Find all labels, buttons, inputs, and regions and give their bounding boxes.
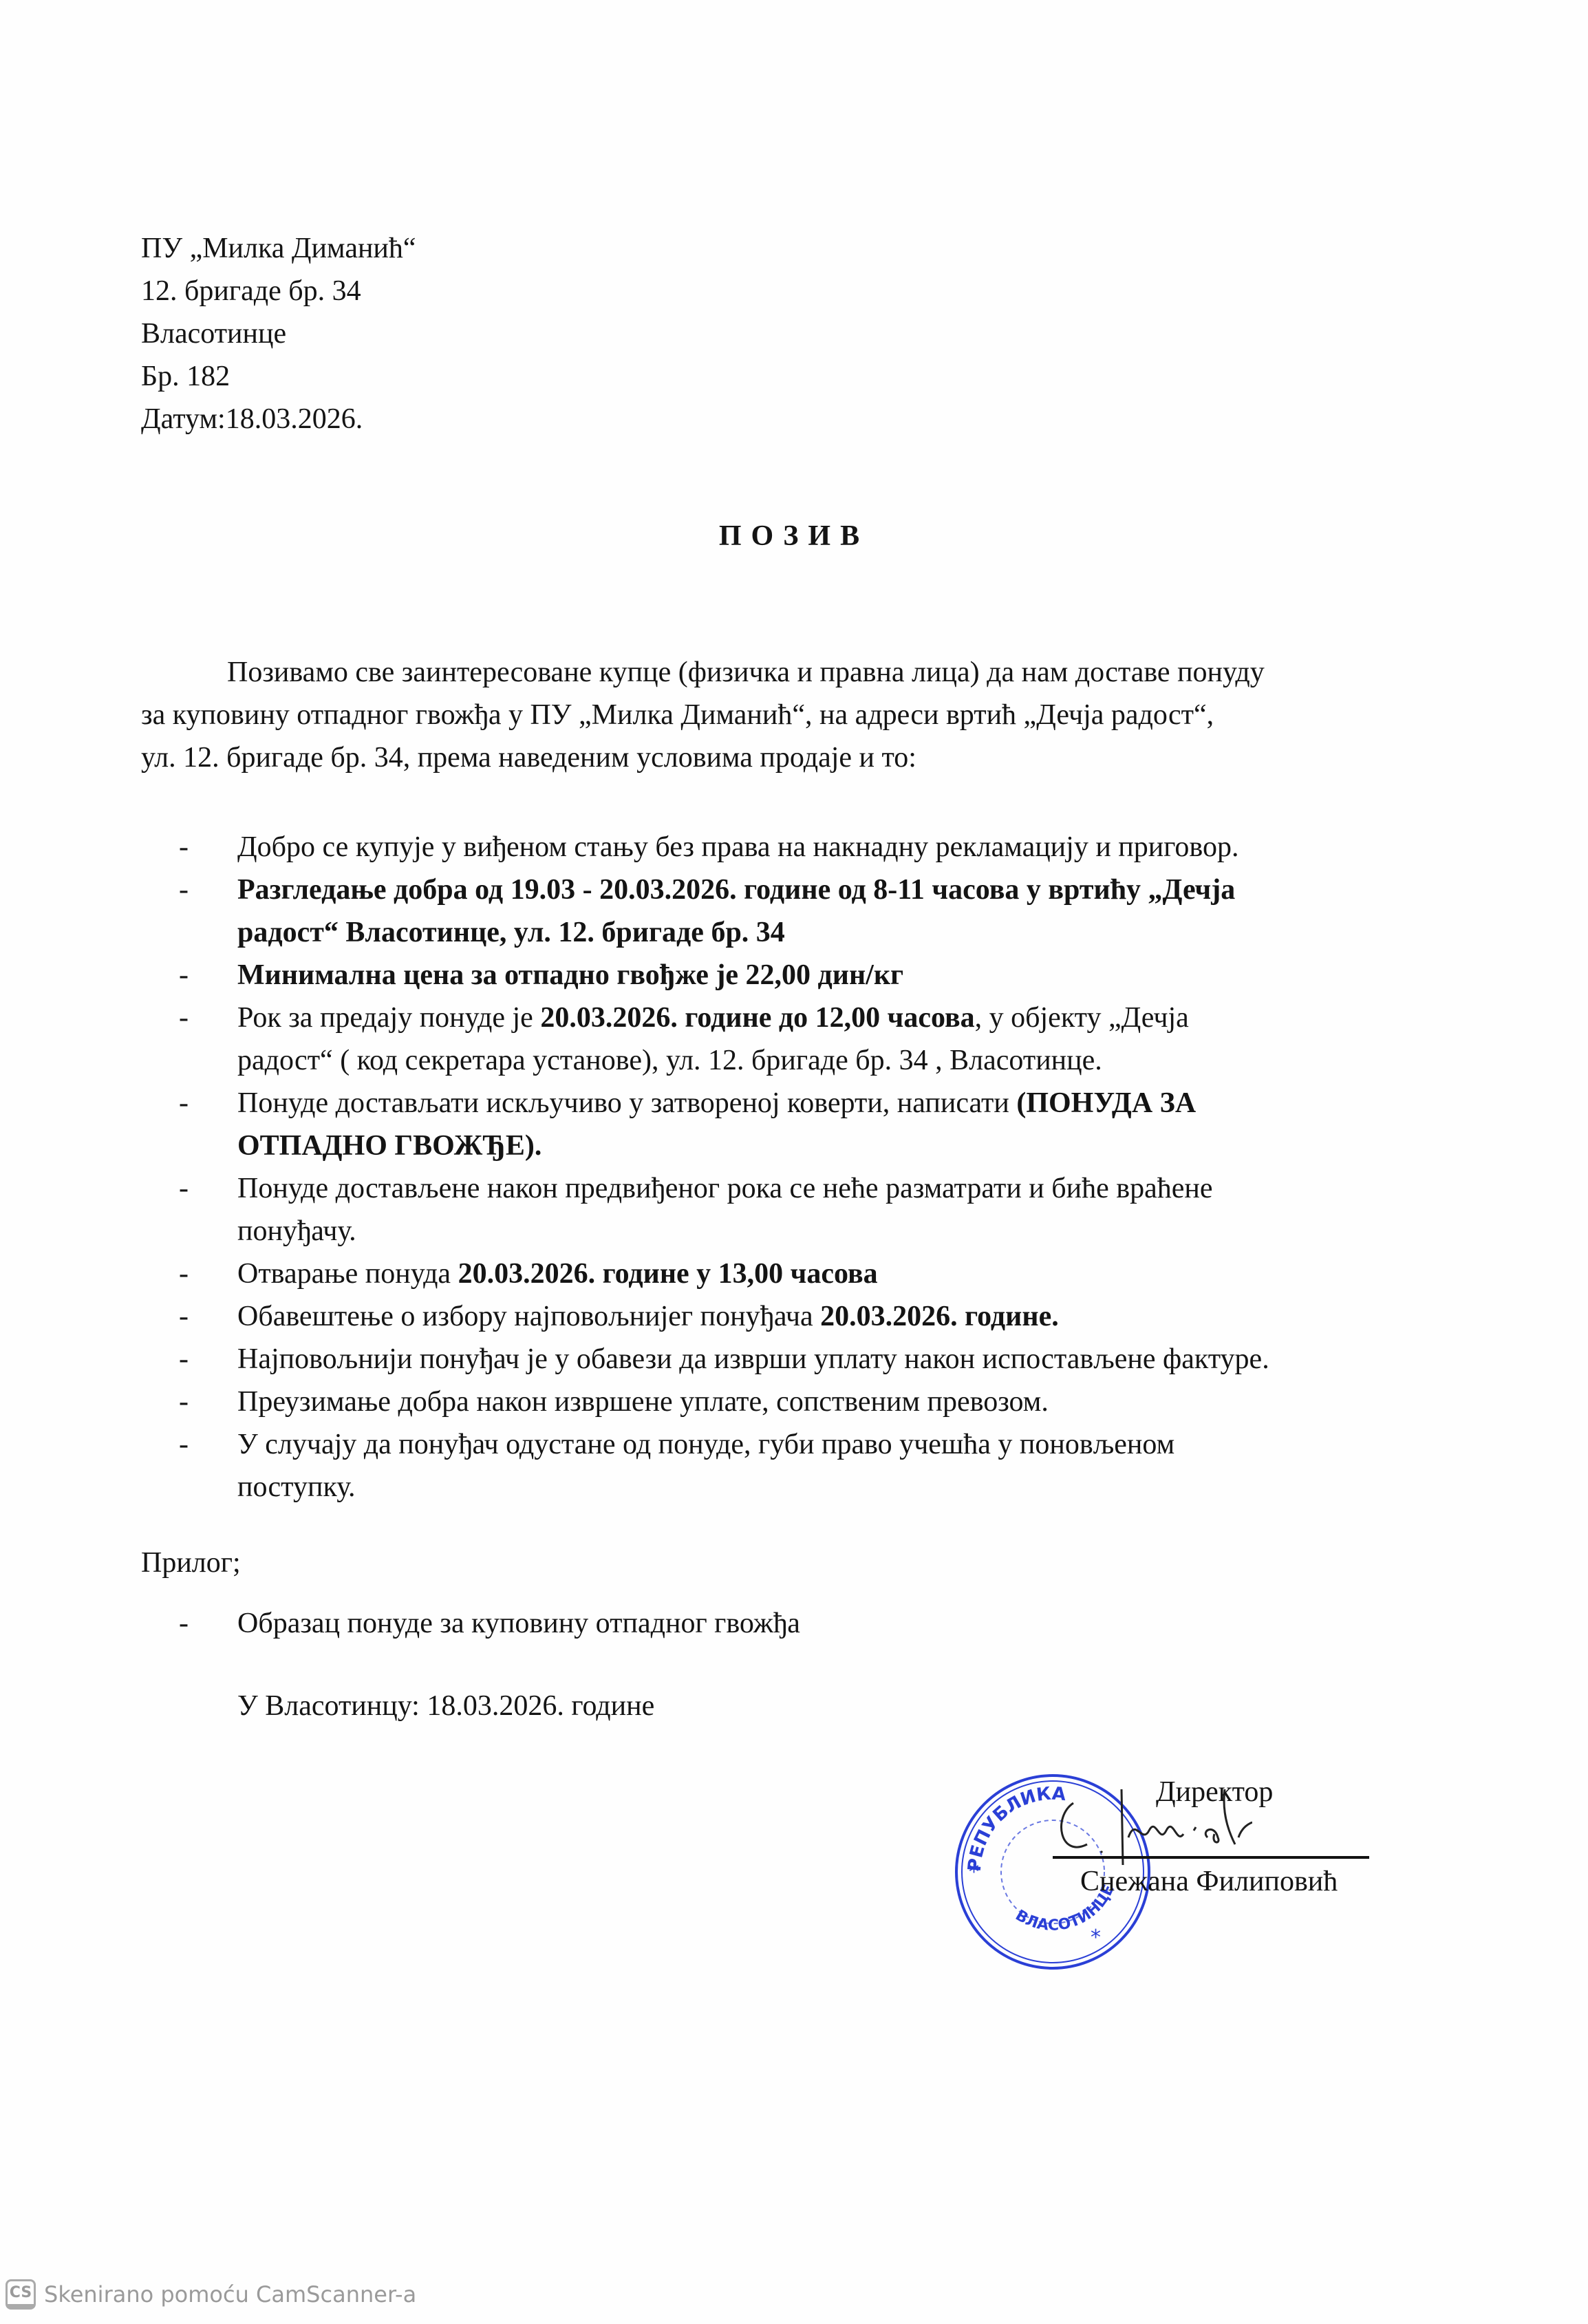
item-text: Понуде достављати искључиво у затвореној… [237, 1082, 1417, 1124]
item-text: радост“ Власотинце, ул. 12. бригаде бр. … [237, 911, 1417, 954]
item-text: Разгледање добра од 19.03 - 20.03.2026. … [237, 868, 1417, 911]
list-item: - Добро се купује у виђеном стању без пр… [179, 826, 1417, 868]
list-item: - Понуде достављене након предвиђеног ро… [179, 1167, 1417, 1252]
bullet-dash: - [179, 1252, 206, 1295]
list-item: - Понуде достављати искључиво у затворен… [179, 1082, 1417, 1167]
item-text: У случају да понуђач одустане од понуде,… [237, 1423, 1417, 1466]
camscanner-logo-icon: CS [6, 2279, 36, 2310]
item-text: понуђачу. [237, 1210, 1417, 1252]
document-title: ПОЗИВ [0, 520, 1588, 553]
signature-block: РЕПУБЛИКА ВЛАСОТИНЦЕ * * Директор Снежан… [949, 1748, 1431, 2023]
intro-line: за куповину отпадног гвожђа у ПУ „Милка … [141, 694, 1407, 736]
signatory-name: Снежана Филиповић [1080, 1865, 1338, 1898]
attachment-label: Прилог; [141, 1542, 241, 1584]
bullet-dash: - [179, 1380, 206, 1423]
bullet-dash: - [179, 868, 206, 911]
item-text: Добро се купује у виђеном стању без прав… [237, 826, 1417, 868]
bullet-dash: - [179, 826, 206, 868]
list-item: - Минимална цена за отпадно гвођже је 22… [179, 954, 1417, 996]
scanner-watermark: CS Skenirano pomoću CamScanner-a [6, 2279, 416, 2310]
list-item: - Преузимање добра након извршене уплате… [179, 1380, 1417, 1423]
intro-line: Позивамо све заинтересоване купце (физич… [141, 651, 1407, 694]
watermark-text: Skenirano pomoću CamScanner-a [44, 2281, 416, 2307]
attachment-list: - Образац понуде за куповину отпадног гв… [179, 1602, 800, 1645]
list-item: - Обавештење о избору најповољнијег пону… [179, 1295, 1417, 1338]
item-text: Преузимање добра након извршене уплате, … [237, 1380, 1417, 1423]
document-number: Бр. 182 [141, 355, 416, 398]
intro-paragraph: Позивамо све заинтересоване купце (физич… [141, 651, 1407, 779]
signatory-role: Директор [1156, 1776, 1273, 1809]
institution-city: Власотинце [141, 312, 416, 355]
signature-line [1053, 1856, 1369, 1859]
item-text: ОТПАДНО ГВОЖЂЕ). [237, 1124, 1417, 1167]
item-text: поступку. [237, 1466, 1417, 1509]
institution-name: ПУ „Милка Диманић“ [141, 227, 416, 270]
institution-address: 12. бригаде бр. 34 [141, 270, 416, 312]
place-and-date: У Власотинцу: 18.03.2026. године [237, 1685, 654, 1727]
list-item: - Разгледање добра од 19.03 - 20.03.2026… [179, 868, 1417, 954]
item-text: Образац понуде за куповину отпадног гвож… [237, 1602, 800, 1645]
svg-text:*: * [1091, 1926, 1101, 1950]
bullet-dash: - [179, 1423, 206, 1466]
item-text: Најповољнији понуђач је у обавези да изв… [237, 1338, 1417, 1380]
item-text: Минимална цена за отпадно гвођже је 22,0… [237, 954, 1417, 996]
bullet-dash: - [179, 1167, 206, 1210]
bullet-dash: - [179, 954, 206, 996]
list-item: - У случају да понуђач одустане од понуд… [179, 1423, 1417, 1509]
list-item: - Најповољнији понуђач је у обавези да и… [179, 1338, 1417, 1380]
item-text: радост“ ( код секретара установе), ул. 1… [237, 1039, 1417, 1082]
conditions-list: - Добро се купује у виђеном стању без пр… [179, 826, 1417, 1509]
item-text: Отварање понуда 20.03.2026. године у 13,… [237, 1252, 1417, 1295]
list-item: - Образац понуде за куповину отпадног гв… [179, 1602, 800, 1645]
intro-line: ул. 12. бригаде бр. 34, према наведеним … [141, 736, 1407, 779]
document-date: Датум:18.03.2026. [141, 398, 416, 440]
bullet-dash: - [179, 1082, 206, 1124]
bullet-dash: - [179, 1602, 206, 1645]
sender-header: ПУ „Милка Диманић“ 12. бригаде бр. 34 Вл… [141, 227, 416, 440]
bullet-dash: - [179, 996, 206, 1039]
list-item: - Отварање понуда 20.03.2026. године у 1… [179, 1252, 1417, 1295]
svg-text:*: * [969, 1860, 979, 1884]
bullet-dash: - [179, 1295, 206, 1338]
document-page: ПУ „Милка Диманић“ 12. бригаде бр. 34 Вл… [0, 0, 1588, 2324]
item-text: Обавештење о избору најповољнијег понуђа… [237, 1295, 1417, 1338]
item-text: Понуде достављене након предвиђеног рока… [237, 1167, 1417, 1210]
item-text: Рок за предају понуде је 20.03.2026. год… [237, 996, 1417, 1039]
list-item: - Рок за предају понуде је 20.03.2026. г… [179, 996, 1417, 1082]
bullet-dash: - [179, 1338, 206, 1380]
